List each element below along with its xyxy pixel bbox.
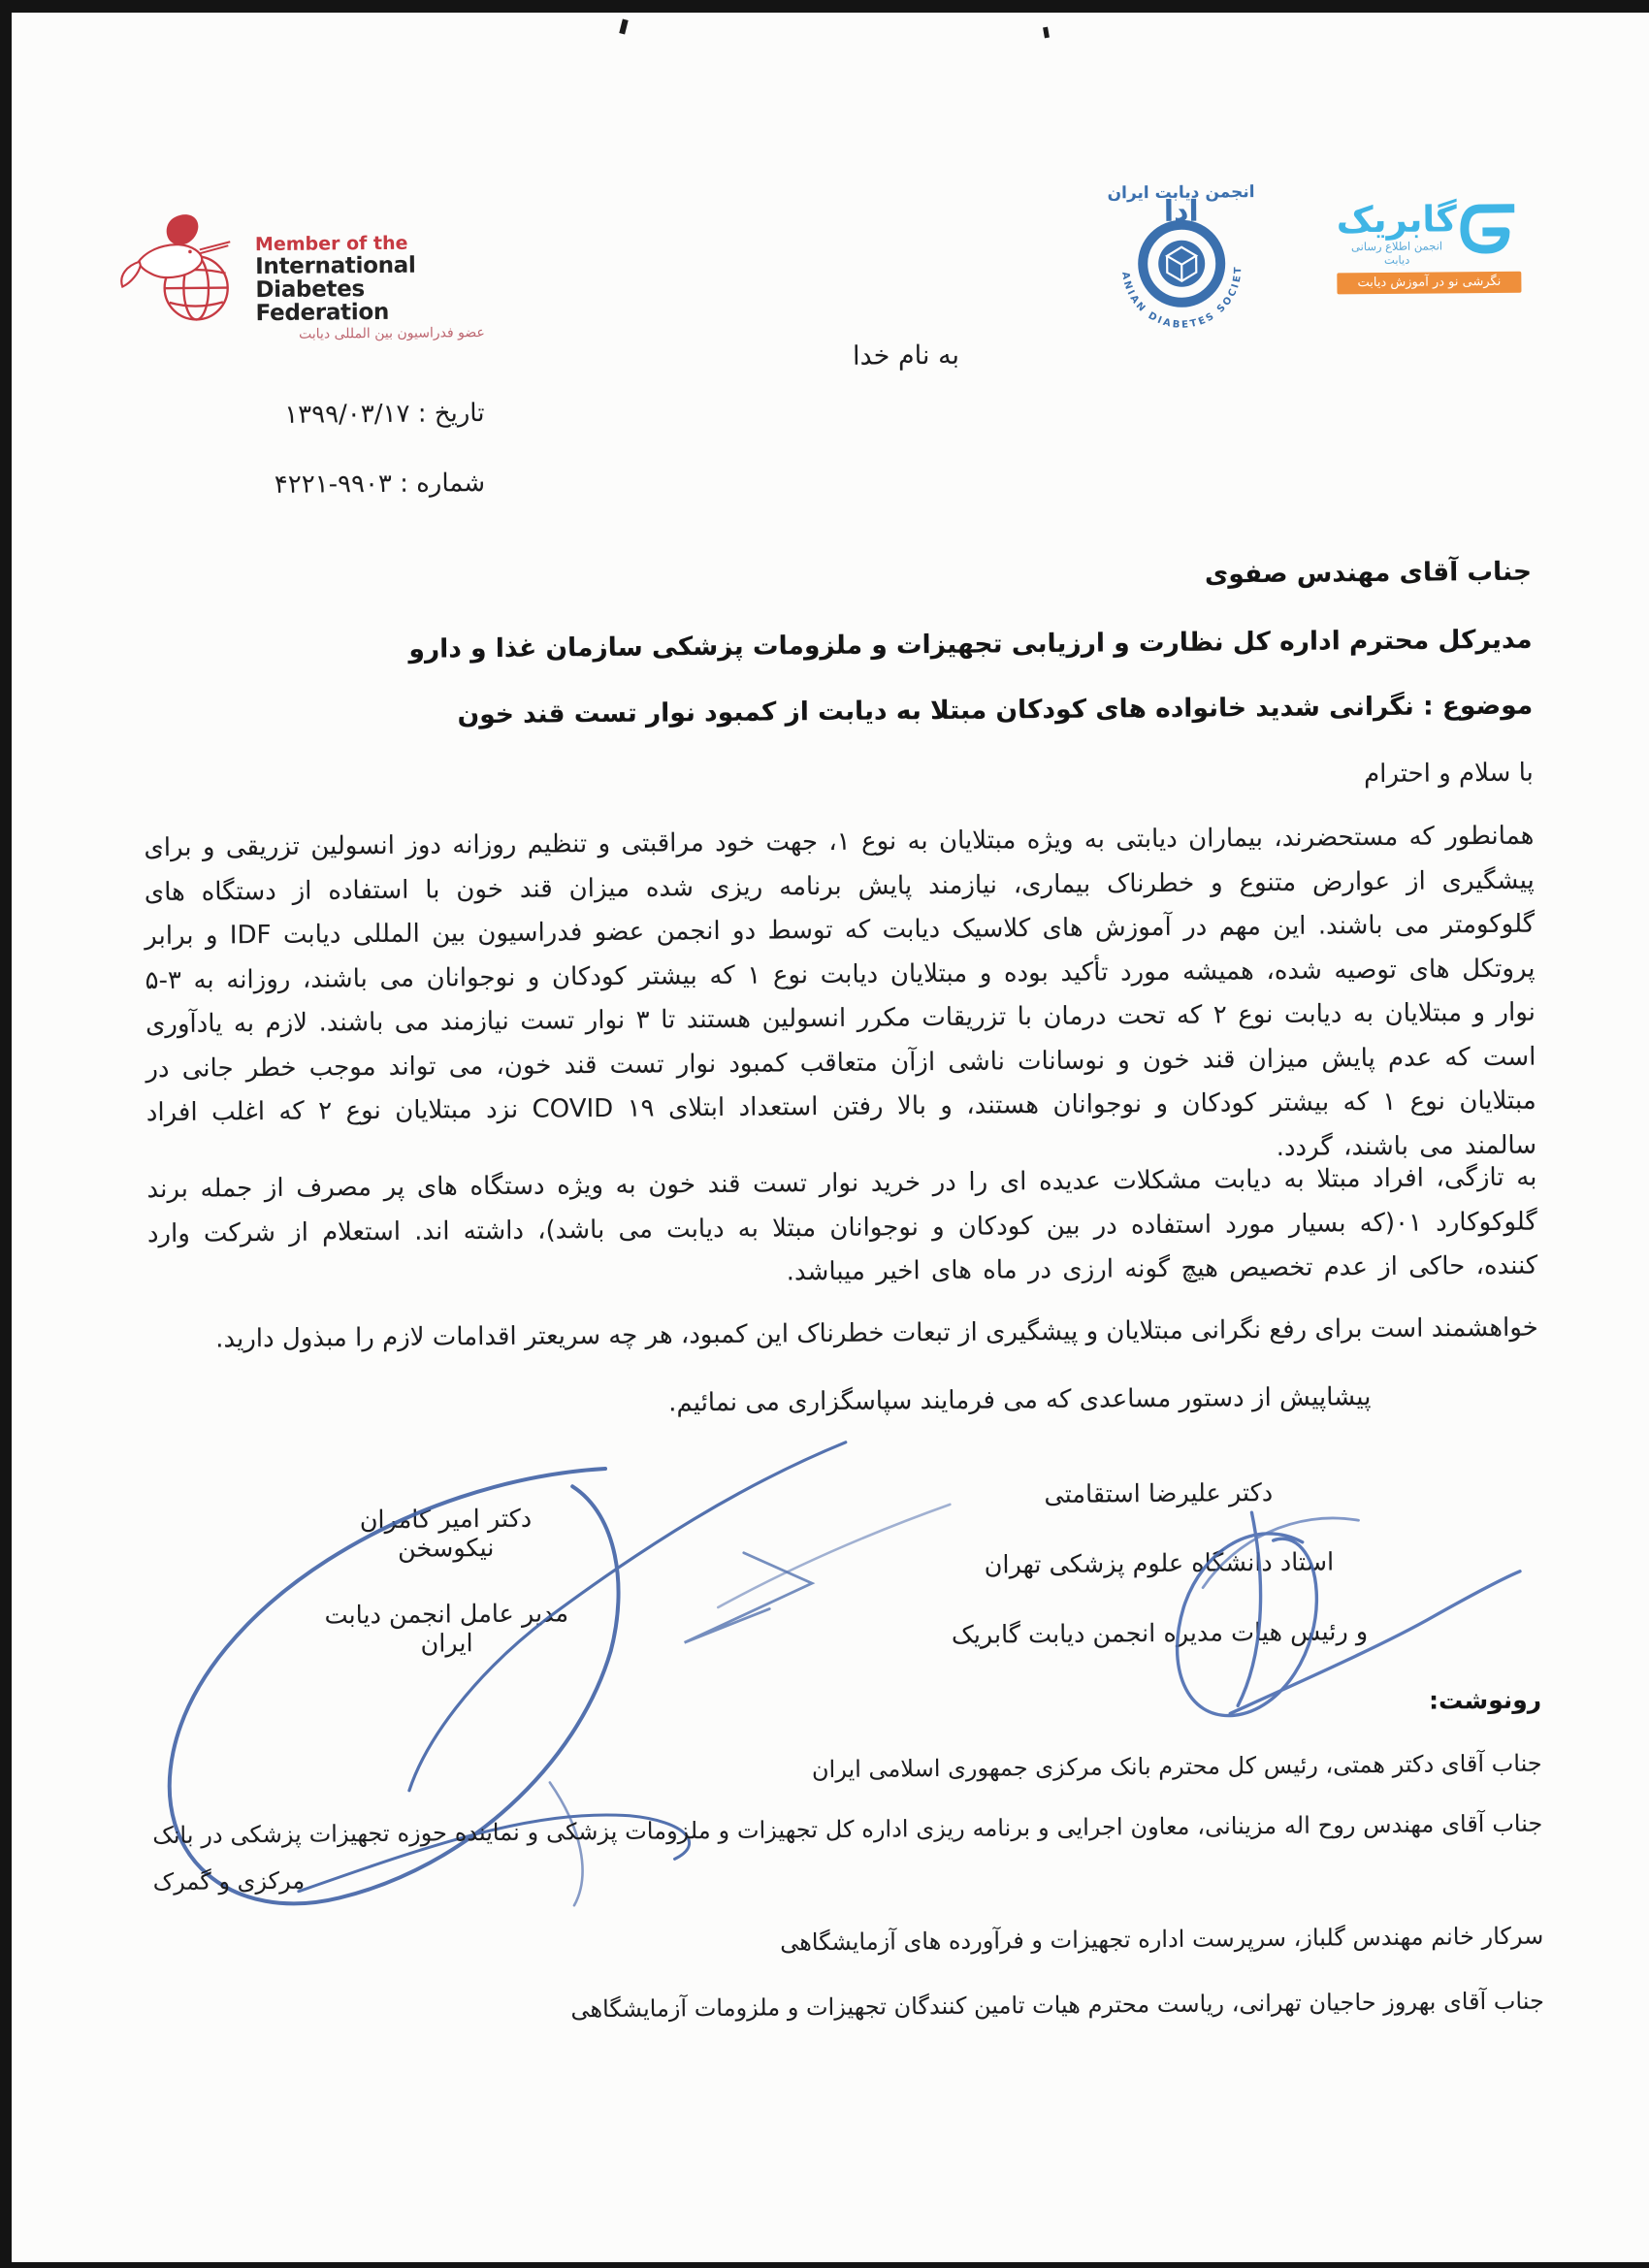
cc-item-2: جناب آقای مهندس روح اله مزینانی، معاون ا…: [152, 1800, 1543, 1906]
ida-monogram: ادا: [1078, 202, 1285, 223]
scanned-letter-page: Member of the International Diabetes Fed…: [0, 0, 1649, 2268]
signature-right-ink: [1176, 1510, 1521, 1716]
